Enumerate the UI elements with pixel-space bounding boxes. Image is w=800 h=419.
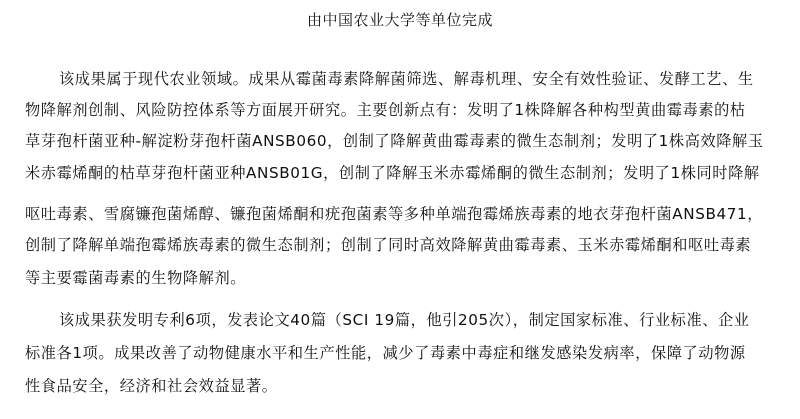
paragraph-line: 该成果获发明专利6项，发表论文40篇（SCI 19篇，他引205次），制定国家标… [59,310,800,330]
paragraph-line: 该成果属于现代农业领域。成果从霉菌毒素降解菌筛选、解毒机理、安全有效性验证、发酵… [59,69,800,89]
paragraph-line: 米赤霉烯酮的枯草芽孢杆菌亚种ANSB01G，创制了降解玉米赤霉烯酮的微生态制剂；… [25,163,780,183]
paragraph-line: 标准各1项。成果改善了动物健康水平和生产性能，减少了毒素中毒症和继发感染发病率，… [25,343,780,363]
paragraph-line: 创制了降解单端孢霉烯族毒素的微生态制剂；创制了同时高效降解黄曲霉毒素、玉米赤霉烯… [25,235,780,255]
paragraph-line: 呕吐毒素、雪腐镰孢菌烯醇、镰孢菌烯酮和疣孢菌素等多种单端孢霉烯族毒素的地衣芽孢杆… [25,204,780,224]
paragraph-line: 性食品安全，经济和社会效益显著。 [25,376,780,396]
paragraph-line: 等主要霉菌毒素的生物降解剂。 [25,268,780,288]
paragraph-line: 物降解剂创制、风险防控体系等方面展开研究。主要创新点有：发明了1株降解各种构型黄… [25,100,780,120]
paragraph-line: 草芽孢杆菌亚种-解淀粉芽孢杆菌ANSB060，创制了降解黄曲霉毒素的微生态制剂；… [25,131,780,151]
document-title: 由中国农业大学等单位完成 [0,10,800,30]
